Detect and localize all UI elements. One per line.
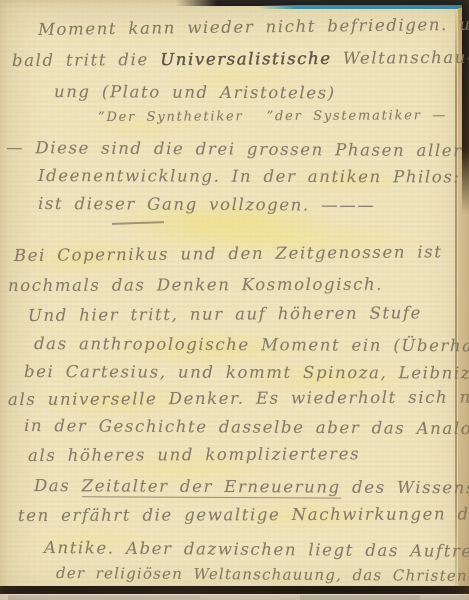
line-segment-underlined: Zeitalter der Erneuerung xyxy=(82,476,341,498)
manuscript-line: — Diese sind die drei grossen Phasen all… xyxy=(6,138,463,160)
manuscript-line: nochmals das Denken Kosmologisch. xyxy=(8,275,383,295)
line-segment: Das xyxy=(34,476,82,495)
manuscript-line: Moment kann wieder nicht befriedigen. un… xyxy=(38,14,469,39)
binding-teal-line xyxy=(258,5,469,9)
manuscript-line: Ideenentwicklung. In der antiken Philos: xyxy=(38,166,461,186)
word-underline xyxy=(112,221,164,225)
line-segment: des Wissenschaf- xyxy=(341,478,469,498)
line-segment: bald tritt die xyxy=(12,50,160,70)
page-edge-crease-line xyxy=(455,12,457,588)
manuscript-line: in der Geschichte dasselbe aber das Anal… xyxy=(24,416,469,438)
line-segment-emphasized: Universalistische xyxy=(160,49,331,69)
manuscript-line: als höheres und komplizierteres xyxy=(28,444,360,465)
manuscript-line: der religiösen Weltanschauung, das Chris… xyxy=(56,564,469,585)
manuscript-line: ”Der Synthetiker ”der Systematiker — xyxy=(98,108,447,125)
manuscript-line: ten erfährt die gewaltige Nachwirkungen … xyxy=(18,504,469,525)
scan-edge-bottom xyxy=(0,586,469,594)
manuscript-line: als universelle Denker. Es wiederholt si… xyxy=(8,387,469,409)
manuscript-line: bald tritt die Universalistische Weltans… xyxy=(12,48,469,70)
manuscript-line: Antike. Aber dazwischen liegt das Auftre… xyxy=(44,538,469,561)
manuscript-line: Das Zeitalter der Erneuerung des Wissens… xyxy=(34,476,469,498)
manuscript-line: bei Cartesius, und kommt Spinoza, Leibni… xyxy=(24,362,469,383)
manuscript-scan-page: Moment kann wieder nicht befriedigen. un… xyxy=(0,0,469,600)
manuscript-line: das anthropologische Moment ein (Überhau… xyxy=(34,334,469,355)
page-stack-edge xyxy=(0,594,469,600)
manuscript-line: ist dieser Gang vollzogen. ——— xyxy=(38,194,376,215)
manuscript-line: Und hier tritt, nur auf höheren Stufe xyxy=(28,303,422,325)
manuscript-line: ung (Plato und Aristoteles) xyxy=(54,82,336,102)
manuscript-line: Bei Copernikus und den Zeitgenossen ist xyxy=(14,242,443,265)
line-segment: Weltanschau- xyxy=(331,48,469,68)
